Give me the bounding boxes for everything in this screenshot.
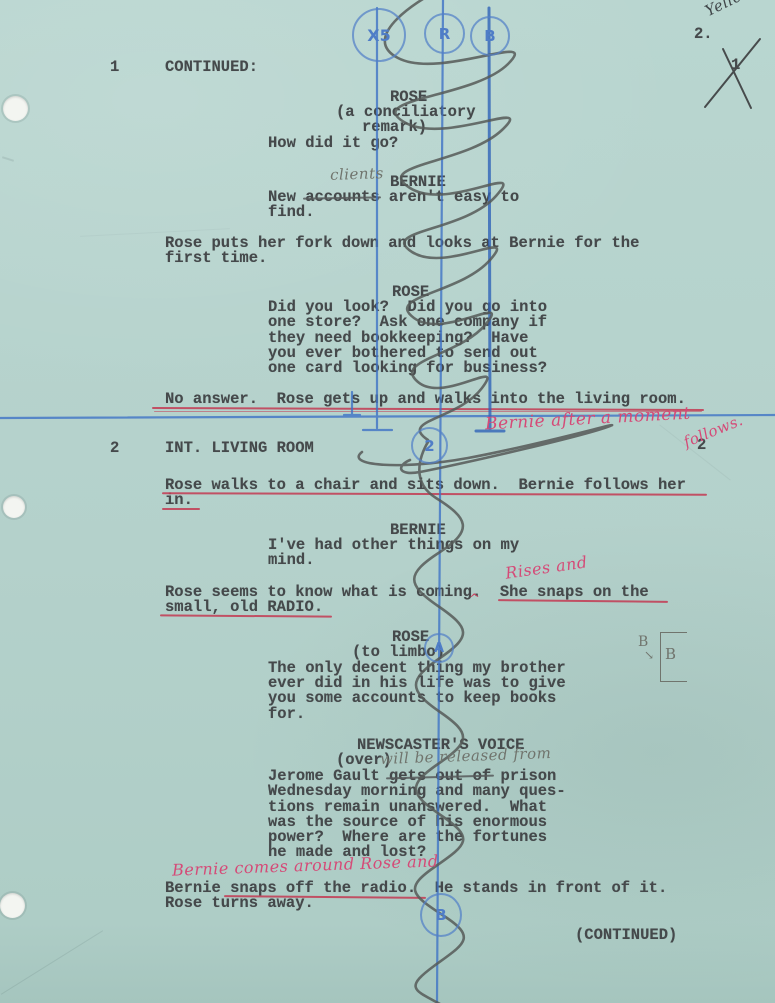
- hole-punch: [3, 496, 25, 518]
- red-underline: [160, 614, 332, 618]
- circled-mark-label: A: [434, 641, 444, 656]
- circled-mark-x5: X5: [352, 8, 406, 62]
- pencil-note-b-boxed: B: [665, 645, 677, 663]
- circled-mark-label: X5: [367, 26, 390, 45]
- red-underline: [498, 599, 668, 603]
- circled-mark-2: 2: [411, 427, 448, 464]
- continued-heading: CONTINUED:: [165, 60, 258, 76]
- circled-mark-b2: B: [420, 893, 462, 937]
- circled-mark-r: R: [424, 13, 465, 54]
- red-underline: [162, 492, 707, 496]
- handwritten-note-rises-and: Rises and: [504, 552, 589, 582]
- handwritten-note-yellow: Yellow: [702, 0, 757, 20]
- circled-mark-b: B: [470, 16, 510, 56]
- paper-crease: [1, 930, 103, 994]
- action-line: Rose turns away.: [165, 896, 314, 912]
- pencil-arrow-icon: ↘: [644, 648, 655, 662]
- circled-mark-label: 2: [424, 437, 434, 455]
- action-line: small, old RADIO.: [165, 600, 323, 616]
- action-line: first time.: [165, 251, 267, 267]
- dialogue-line: for.: [268, 707, 305, 723]
- action-line: No answer. Rose gets up and walks into t…: [165, 392, 686, 408]
- handwritten-note-bernie-comes: Bernie comes around Rose and: [172, 851, 439, 879]
- paper-speck: [2, 156, 14, 162]
- hole-punch: [0, 893, 25, 918]
- script-page: 1 CONTINUED: 1 2. ROSE (a conciliatory r…: [0, 0, 775, 1003]
- pencil-bracket: B: [660, 632, 687, 682]
- dialogue-line: find.: [268, 205, 315, 221]
- circled-mark-a: A: [424, 633, 454, 663]
- red-underline: [162, 508, 200, 510]
- circled-mark-label: B: [484, 27, 495, 45]
- action-line: in.: [165, 493, 193, 509]
- circled-mark-label: R: [439, 25, 451, 43]
- hole-punch: [3, 96, 28, 121]
- handwritten-note-clients: clients: [330, 164, 384, 184]
- scene-number-left: 1: [110, 60, 119, 76]
- dialogue-line: mind.: [268, 553, 315, 569]
- scene-number-right: 1: [731, 58, 740, 74]
- dialogue-line: How did it go?: [268, 136, 398, 152]
- insertion-caret: ^: [469, 592, 480, 607]
- dialogue-line: you some accounts to keep books: [268, 691, 556, 707]
- action-line: Rose walks to a chair and sits down. Ber…: [165, 478, 686, 494]
- page-number: 2.: [694, 27, 713, 43]
- circled-mark-label: B: [435, 906, 446, 924]
- scene-number-left: 2: [110, 441, 119, 457]
- dialogue-line: one card looking for business?: [268, 361, 547, 377]
- scene-heading: INT. LIVING ROOM: [165, 441, 314, 457]
- continued-footer: (CONTINUED): [575, 928, 677, 944]
